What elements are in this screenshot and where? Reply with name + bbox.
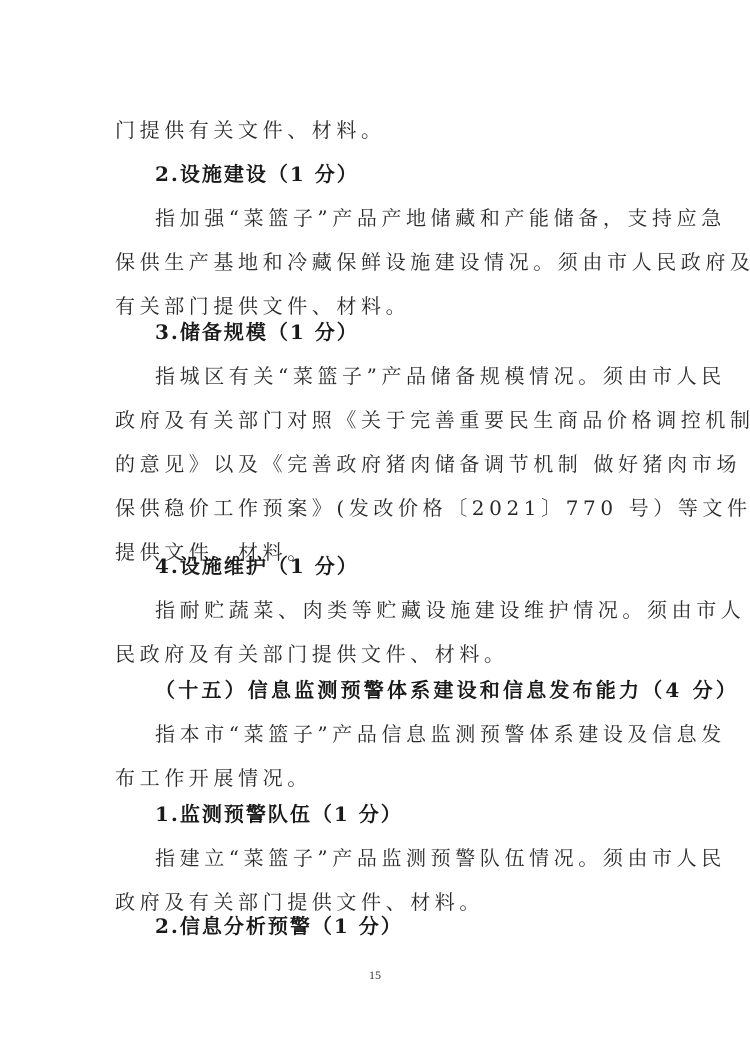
subsection-heading-facility-maintenance: 4.设施维护（1 分）: [155, 554, 675, 578]
subsection-heading-reserve-scale: 3.储备规模（1 分）: [155, 320, 675, 344]
body-text-line: 指建立“菜篮子”产品监测预警队伍情况。须由市人民: [155, 846, 675, 870]
body-text-line: 指城区有关“菜篮子”产品储备规模情况。须由市人民: [155, 364, 675, 388]
body-text-line: 民政府及有关部门提供文件、材料。: [115, 642, 635, 666]
body-text-line: 指加强“菜篮子”产品产地储藏和产能储备，支持应急: [155, 206, 675, 230]
subsection-heading-facility-construction: 2.设施建设（1 分）: [155, 162, 675, 186]
body-text-line: 的意见》以及《完善政府猪肉储备调节机制 做好猪肉市场: [115, 452, 635, 476]
body-text-line: 保供生产基地和冷藏保鲜设施建设情况。须由市人民政府及: [115, 250, 635, 274]
body-text-line: 保供稳价工作预案》(发改价格〔2021〕770 号）等文件规定，: [115, 496, 635, 520]
body-text-line: 布工作开展情况。: [115, 766, 635, 790]
body-text-line: 指耐贮蔬菜、肉类等贮藏设施建设维护情况。须由市人: [155, 598, 675, 622]
body-text-line: 门提供有关文件、材料。: [115, 118, 635, 142]
body-text-line: 指本市“菜篮子”产品信息监测预警体系建设及信息发: [155, 722, 675, 746]
document-page: 门提供有关文件、材料。 2.设施建设（1 分） 指加强“菜篮子”产品产地储藏和产…: [0, 0, 750, 1060]
subsection-heading-monitoring-team: 1.监测预警队伍（1 分）: [155, 802, 675, 826]
body-text-line: 有关部门提供文件、材料。: [115, 294, 635, 318]
subsection-heading-info-analysis: 2.信息分析预警（1 分）: [155, 914, 675, 938]
section-heading-info-monitoring: （十五）信息监测预警体系建设和信息发布能力（4 分）: [155, 678, 675, 702]
body-text-line: 政府及有关部门对照《关于完善重要民生商品价格调控机制: [115, 408, 635, 432]
body-text-line: 政府及有关部门提供文件、材料。: [115, 890, 635, 914]
page-number: 15: [0, 968, 750, 983]
